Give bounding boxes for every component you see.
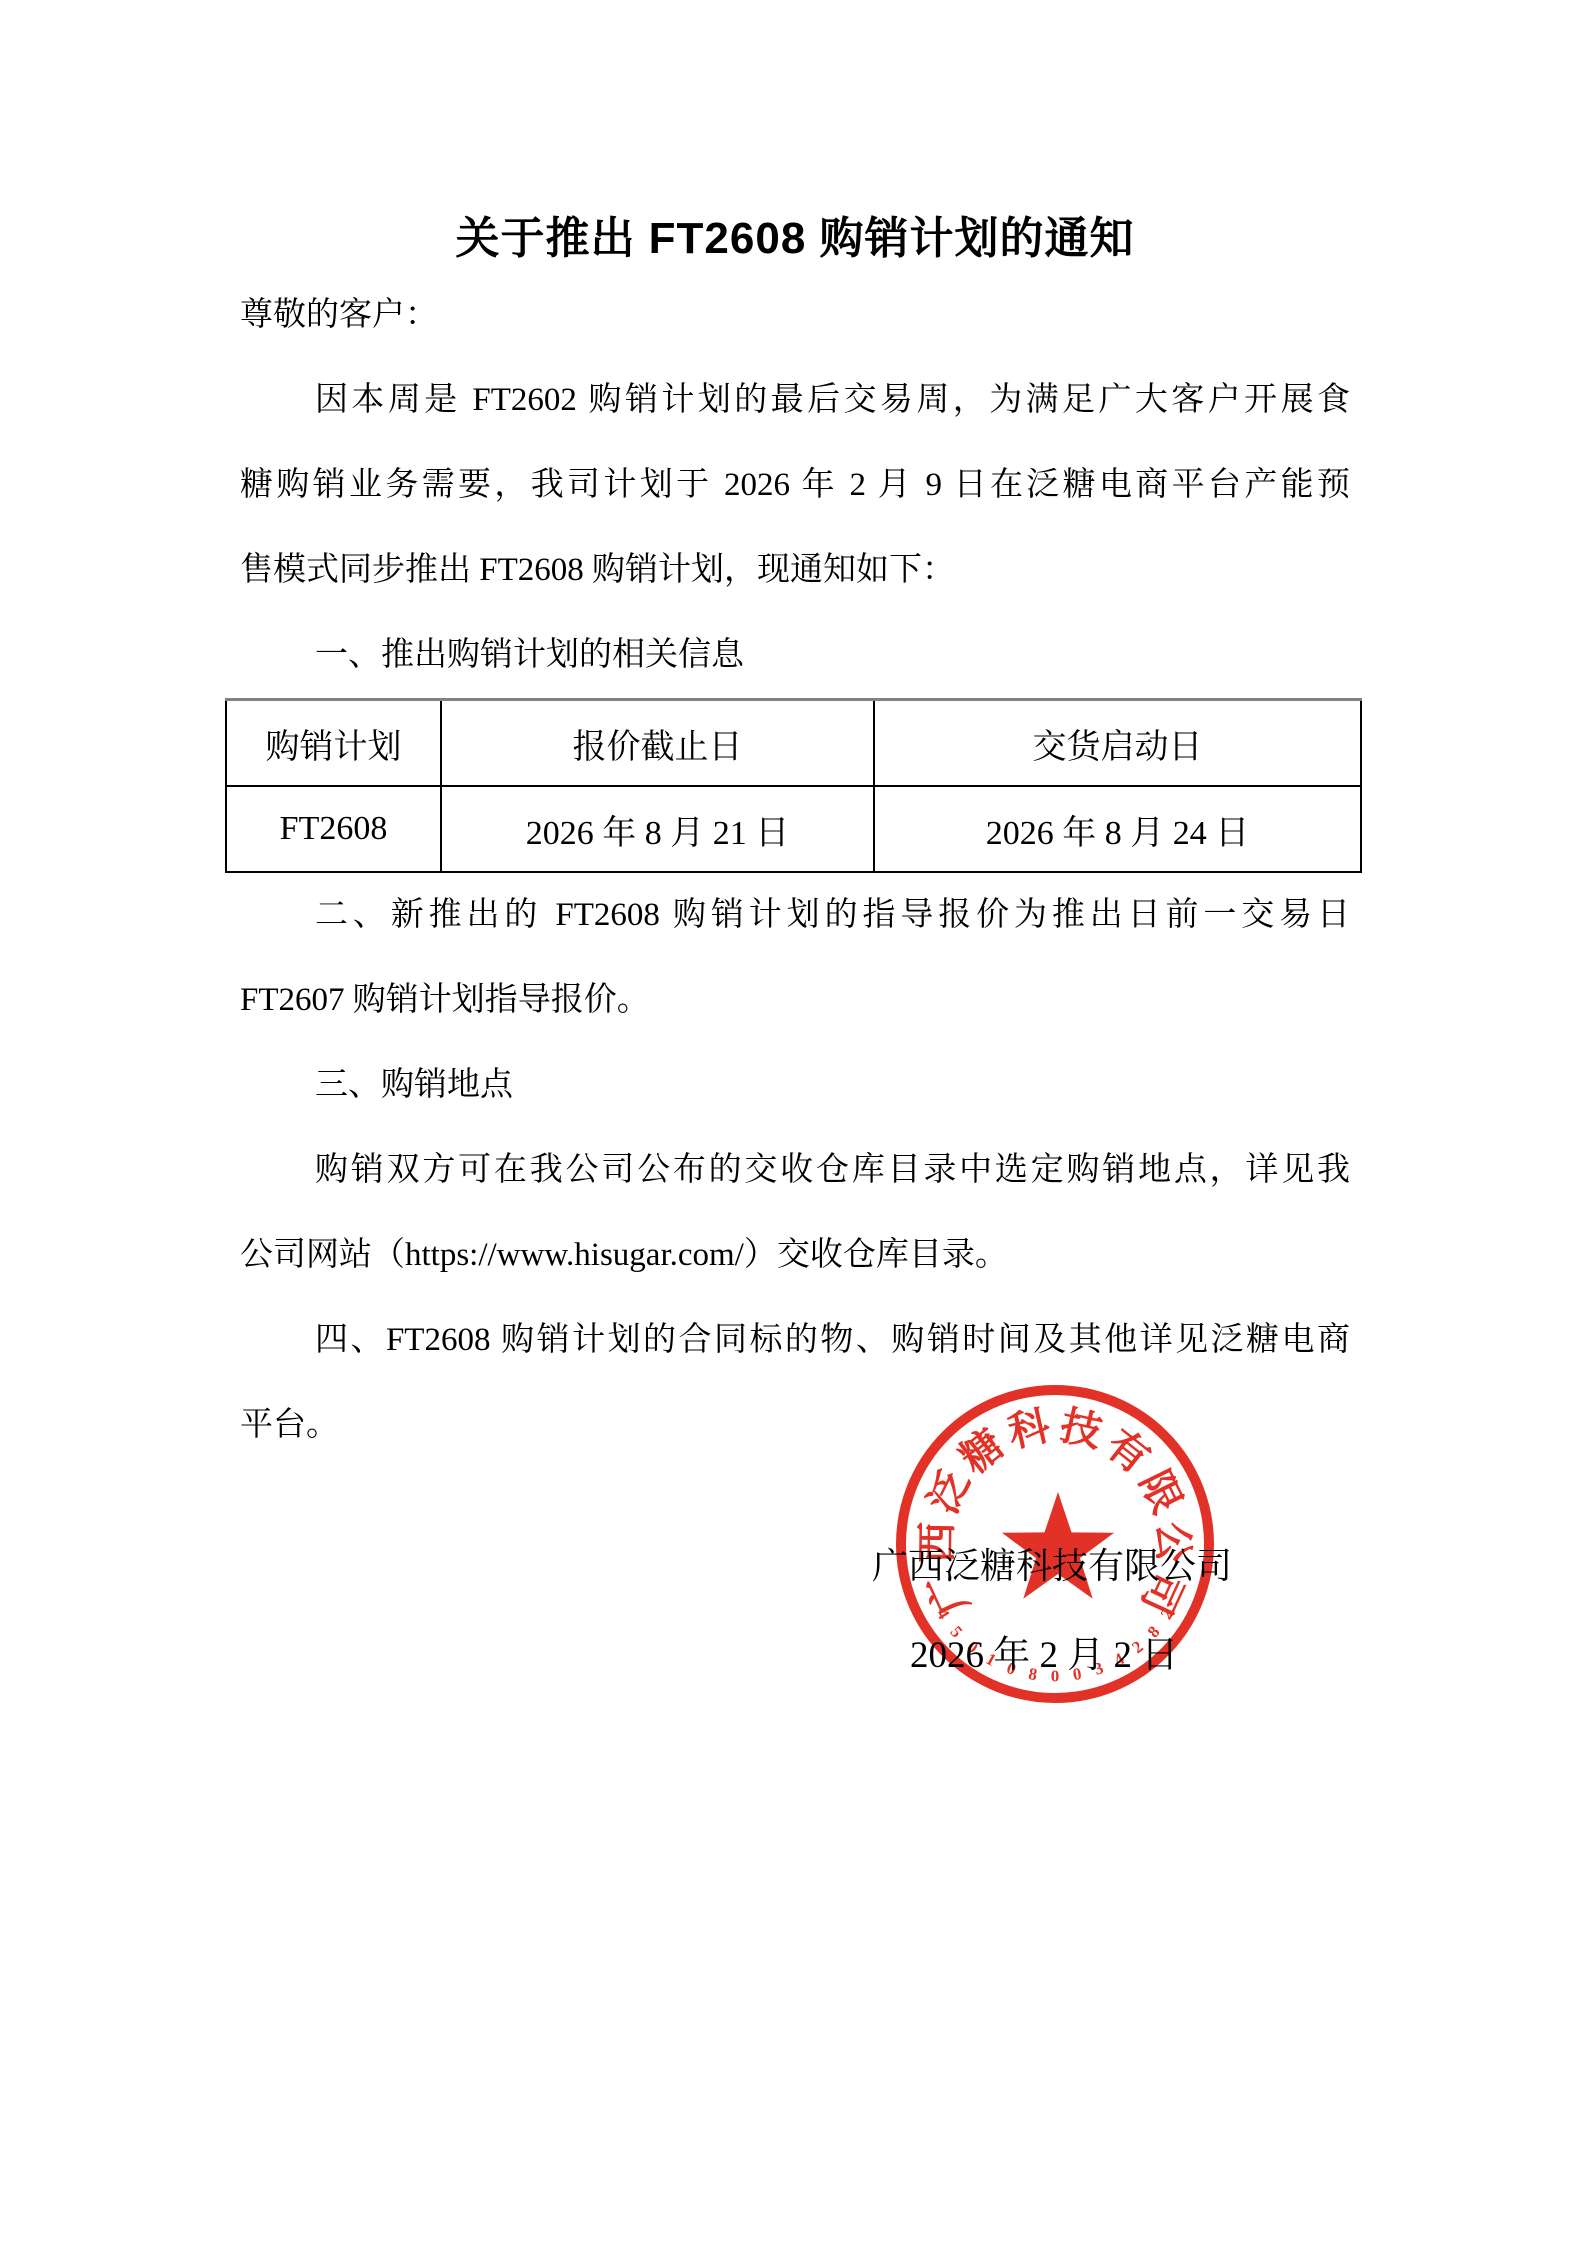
plan-table: 购销计划 报价截止日 交货启动日 FT2608 2026 年 8 月 21 日 … xyxy=(225,698,1362,873)
signature-company: 广西泛糖科技有限公司 xyxy=(872,1544,1232,1588)
document-title: 关于推出 FT2608 购销计划的通知 xyxy=(240,210,1350,268)
section-2-line: 二、新推出的 FT2608 购销计划的指导报价为推出日前一交易日 xyxy=(240,873,1350,958)
body-line: FT2607 购销计划指导报价。 xyxy=(240,958,1350,1043)
table-cell-delivery: 2026 年 8 月 24 日 xyxy=(874,786,1361,872)
signature-date: 2026 年 2 月 2 日 xyxy=(910,1634,1178,1678)
body-line: 平台。 xyxy=(240,1383,1350,1468)
section-1-heading: 一、推出购销计划的相关信息 xyxy=(240,613,1350,698)
body-line: 糖购销业务需要，我司计划于 2026 年 2 月 9 日在泛糖电商平台产能预 xyxy=(240,443,1350,528)
body-line: 因本周是 FT2602 购销计划的最后交易周，为满足广大客户开展食 xyxy=(240,358,1350,443)
column-header-plan: 购销计划 xyxy=(226,700,441,787)
table-cell-plan: FT2608 xyxy=(226,786,441,872)
body-line: 购销双方可在我公司公布的交收仓库目录中选定购销地点，详见我 xyxy=(240,1128,1350,1213)
document-body: 尊敬的客户： 因本周是 FT2602 购销计划的最后交易周，为满足广大客户开展食… xyxy=(240,273,1350,1468)
seal-arc-char: 泛 xyxy=(919,1463,978,1520)
section-4-line: 四、FT2608 购销计划的合同标的物、购销时间及其他详见泛糖电商 xyxy=(240,1298,1350,1383)
section-3-heading: 三、购销地点 xyxy=(240,1043,1350,1128)
salutation-line: 尊敬的客户： xyxy=(240,273,1350,358)
table-header-row: 购销计划 报价截止日 交货启动日 xyxy=(226,700,1361,787)
body-line: 售模式同步推出 FT2608 购销计划，现通知如下： xyxy=(240,528,1350,613)
table-cell-deadline: 2026 年 8 月 21 日 xyxy=(441,786,874,872)
column-header-deadline: 报价截止日 xyxy=(441,700,874,787)
seal-arc-char: 限 xyxy=(1131,1463,1190,1520)
document-page: 关于推出 FT2608 购销计划的通知 尊敬的客户： 因本周是 FT2602 购… xyxy=(0,0,1587,2245)
column-header-delivery: 交货启动日 xyxy=(874,700,1361,787)
table-row: FT2608 2026 年 8 月 21 日 2026 年 8 月 24 日 xyxy=(226,786,1361,872)
body-line: 公司网站（https://www.hisugar.com/）交收仓库目录。 xyxy=(240,1213,1350,1298)
